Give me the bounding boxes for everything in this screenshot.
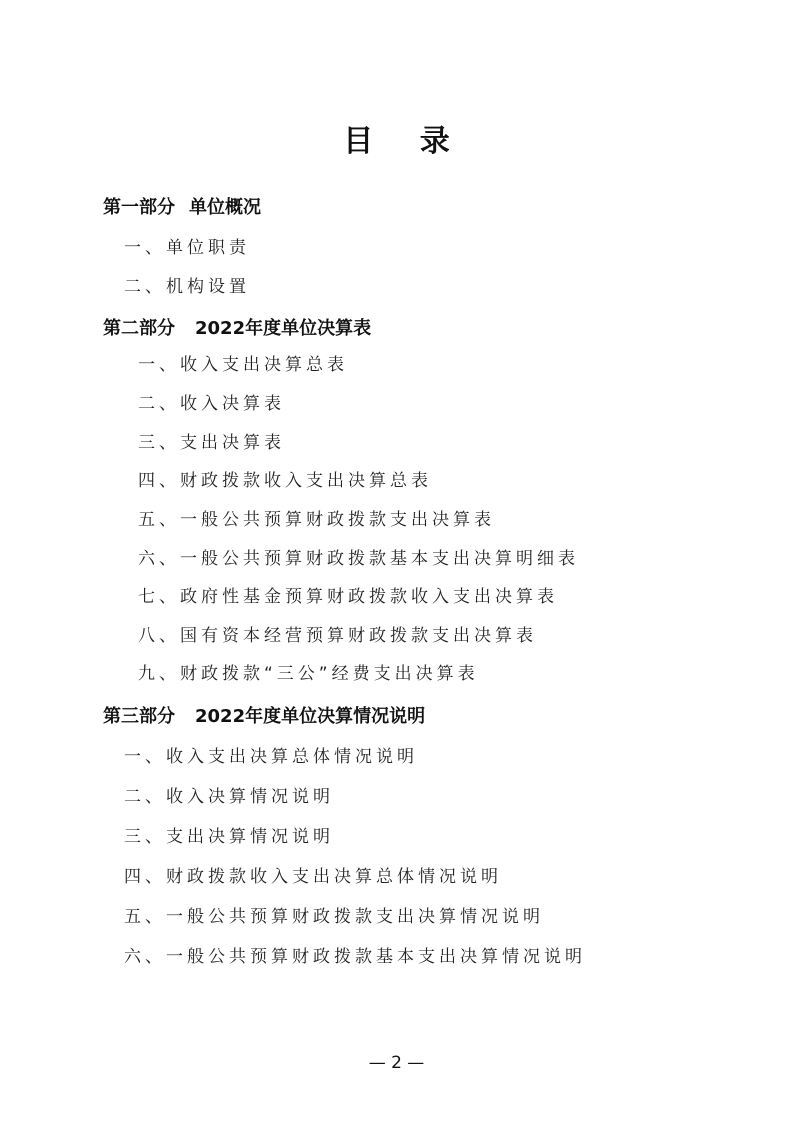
toc-item: 二、收入决算表 [138, 389, 285, 414]
toc-item: 九、财政拨款“三公”经费支出决算表 [138, 659, 479, 684]
toc-item: 一、收入支出决算总体情况说明 [124, 742, 418, 767]
part-1-heading: 第一部分单位概况 [103, 193, 261, 219]
toc-item: 六、一般公共预算财政拨款基本支出决算情况说明 [124, 942, 586, 967]
page-title: 目 录 [0, 116, 793, 160]
part-2-heading: 第二部分2022年度单位决算表 [103, 314, 371, 340]
part-3-title: 2022年度单位决算情况说明 [195, 706, 425, 727]
part-3-prefix: 第三部分 [103, 706, 175, 727]
part-1-prefix: 第一部分 [103, 197, 175, 218]
toc-item: 八、国有资本经营预算财政拨款支出决算表 [138, 621, 537, 646]
toc-item: 一、收入支出决算总表 [138, 350, 348, 375]
toc-item: 二、机构设置 [124, 272, 250, 297]
part-2-title: 2022年度单位决算表 [195, 318, 371, 339]
part-2-prefix: 第二部分 [103, 318, 175, 339]
toc-item: 一、单位职责 [124, 233, 250, 258]
toc-item: 四、财政拨款收入支出决算总表 [138, 466, 432, 491]
toc-item: 二、收入决算情况说明 [124, 782, 334, 807]
toc-item: 七、政府性基金预算财政拨款收入支出决算表 [138, 582, 558, 607]
toc-item: 三、支出决算表 [138, 428, 285, 453]
part-3-heading: 第三部分2022年度单位决算情况说明 [103, 702, 425, 728]
page-number: — 2 — [0, 1053, 793, 1073]
toc-item: 六、一般公共预算财政拨款基本支出决算明细表 [138, 544, 579, 569]
toc-item: 三、支出决算情况说明 [124, 822, 334, 847]
toc-item: 五、一般公共预算财政拨款支出决算情况说明 [124, 902, 544, 927]
toc-item: 五、一般公共预算财政拨款支出决算表 [138, 505, 495, 530]
part-1-title: 单位概况 [189, 197, 261, 218]
toc-item: 四、财政拨款收入支出决算总体情况说明 [124, 862, 502, 887]
